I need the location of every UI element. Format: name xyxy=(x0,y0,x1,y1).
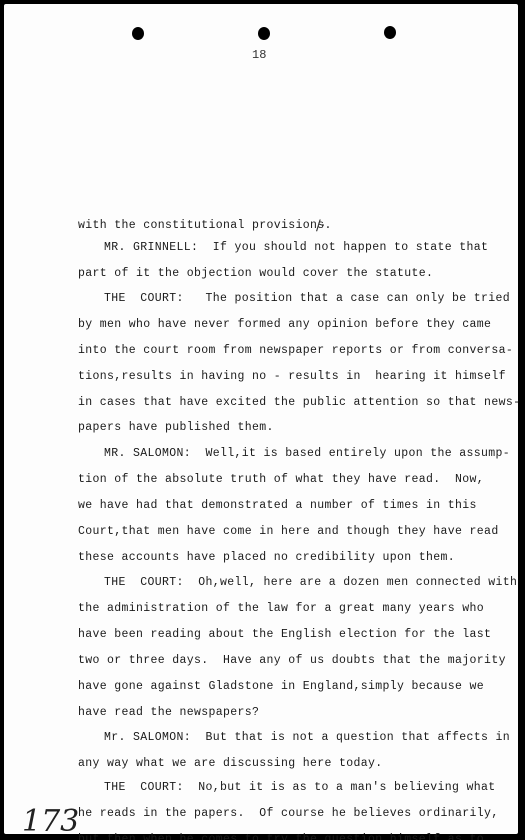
transcript-line: Mr. SALOMON: But that is not a question … xyxy=(104,731,510,744)
transcript-line: have been reading about the English elec… xyxy=(78,628,491,641)
transcript-line: he reads in the papers. Of course he bel… xyxy=(78,807,499,820)
transcript-line: THE COURT: The position that a case can … xyxy=(104,292,510,305)
transcript-line: part of it the objection would cover the… xyxy=(78,267,433,280)
document-page: 18 with the constitutional provisions.MR… xyxy=(4,4,518,834)
punch-hole-center xyxy=(258,27,270,40)
transcript-line: the administration of the law for a grea… xyxy=(78,602,484,615)
page-number: 18 xyxy=(252,48,266,62)
transcript-line: two or three days. Have any of us doubts… xyxy=(78,654,506,667)
transcript-line: in cases that have excited the public at… xyxy=(78,396,520,409)
transcript-line: MR. SALOMON: Well,it is based entirely u… xyxy=(104,447,510,460)
transcript-line: THE COURT: No,but it is as to a man's be… xyxy=(104,781,496,794)
transcript-line: any way what we are discussing here toda… xyxy=(78,757,383,770)
transcript-line: papers have published them. xyxy=(78,421,274,434)
transcript-line: tion of the absolute truth of what they … xyxy=(78,473,484,486)
handwritten-margin-number: 173 xyxy=(22,804,79,839)
transcript-line: Court,that men have come in here and tho… xyxy=(78,525,499,538)
transcript-line: THE COURT: Oh,well, here are a dozen men… xyxy=(104,576,517,589)
punch-hole-left xyxy=(132,27,144,40)
transcript-line: have read the newspapers? xyxy=(78,706,259,719)
transcript-line: by men who have never formed any opinion… xyxy=(78,318,491,331)
transcript-line: with the constitutional provisions. xyxy=(78,219,332,232)
check-mark-annotation: /· xyxy=(316,218,325,234)
transcript-line: we have had that demonstrated a number o… xyxy=(78,499,477,512)
transcript-line: tions,results in having no - results in … xyxy=(78,370,506,383)
transcript-line: MR. GRINNELL: If you should not happen t… xyxy=(104,241,488,254)
transcript-line: but then when he comes to try the questi… xyxy=(78,833,484,840)
transcript-line: into the court room from newspaper repor… xyxy=(78,344,513,357)
punch-hole-right xyxy=(384,26,396,39)
transcript-line: have gone against Gladstone in England,s… xyxy=(78,680,484,693)
transcript-line: these accounts have placed no credibilit… xyxy=(78,551,455,564)
